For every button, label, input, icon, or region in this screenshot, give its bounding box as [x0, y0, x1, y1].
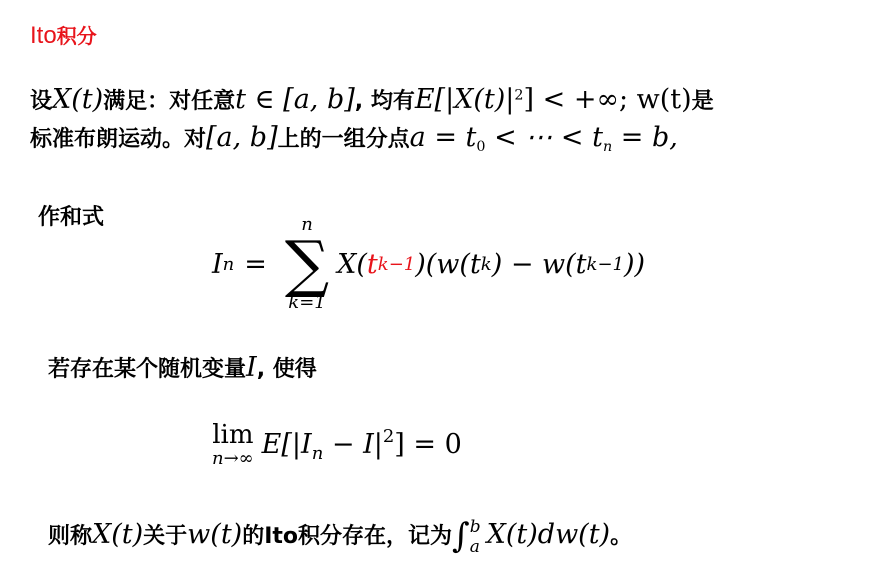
text: 则称 — [48, 524, 92, 549]
text: 关于 — [143, 524, 187, 549]
integral-limits: ba — [470, 517, 481, 557]
page-title: Ito积分 — [30, 20, 97, 50]
sum-lower: k=1 — [288, 294, 325, 312]
math-t-in-ab: t ∈ [a, b] — [235, 84, 355, 115]
math-w-of-t: w(t) — [187, 519, 242, 550]
math-x-of-t: X(t) — [52, 84, 103, 115]
text: 的Ito积分存在，记为 — [242, 524, 452, 549]
math-partition-mid: < ⋯ < t — [486, 122, 603, 153]
text: 设 — [30, 89, 52, 114]
math-sub: n — [603, 139, 612, 155]
math-part: X( — [337, 249, 367, 280]
limit-formula: lim n→∞ E[|In − I|2] = 0 — [212, 420, 462, 471]
math-expectation-rest: ] < +∞; w(t) — [524, 84, 692, 115]
text: , 均有 — [355, 89, 415, 114]
para1-line1: 设X(t)满足：对任意t ∈ [a, b], 均有E[|X(t)|2] < +∞… — [30, 84, 714, 115]
summation: n ∑ k=1 — [285, 216, 329, 312]
math-interval: [a, b] — [206, 122, 278, 153]
math-x-of-t: X(t) — [92, 519, 143, 550]
label-sum: 作和式 — [38, 200, 104, 231]
para3: 则称X(t)关于w(t)的Ito积分存在，记为∫baX(t)dw(t)。 — [48, 516, 632, 557]
text: 上的一组分点 — [278, 127, 410, 152]
math-sub: n — [312, 443, 324, 464]
math-sub: 0 — [476, 139, 485, 155]
text: 满足：对任意 — [103, 89, 235, 114]
math-integrand: X(t)dw(t) — [487, 519, 610, 550]
math-sub: n — [223, 254, 235, 275]
sum-formula: In = n ∑ k=1 X(tk−1)(w(tk) − w(tk−1)) — [212, 216, 645, 312]
text: 若存在某个随机变量 — [48, 357, 246, 382]
title-cjk: 积分 — [57, 26, 97, 48]
math-lhs: I — [212, 249, 223, 280]
math-equals: = — [244, 249, 267, 280]
integral-icon: ∫ — [452, 516, 470, 556]
int-lower: a — [470, 537, 481, 557]
math-sup: 2 — [514, 87, 523, 103]
math-highlight: t — [367, 249, 378, 280]
para2: 若存在某个随机变量I, 使得 — [48, 352, 317, 383]
text: 标准布朗运动。对 — [30, 127, 206, 152]
text: 。 — [610, 524, 632, 549]
math-part: ] = 0 — [394, 429, 462, 460]
para1-line2: 标准布朗运动。对[a, b]上的一组分点a = t0 < ⋯ < tn = b, — [30, 122, 678, 155]
math-partition-start: a = t — [410, 122, 477, 153]
lim-under: n→∞ — [212, 450, 254, 468]
math-partition-end: = b, — [612, 122, 678, 153]
math-I: I — [246, 352, 257, 383]
math-part: E[|I — [262, 429, 312, 460]
math-sup: 2 — [383, 426, 394, 447]
sigma-icon: ∑ — [285, 234, 329, 294]
int-upper: b — [470, 517, 481, 537]
limit-operator: lim n→∞ — [212, 420, 254, 468]
math-part: − I| — [323, 429, 383, 460]
math-part: )) — [624, 249, 645, 280]
math-part: ) − w(t — [492, 249, 587, 280]
math-expectation: E[|X(t)| — [415, 84, 515, 115]
math-sub: k — [481, 254, 492, 275]
text: 是 — [692, 89, 714, 114]
math-highlight-sub: k−1 — [378, 254, 415, 275]
math-part: )(w(t — [415, 249, 481, 280]
title-latin: Ito — [30, 22, 57, 49]
lim-text: lim — [212, 420, 253, 450]
text: , 使得 — [257, 357, 317, 382]
math-sub: k−1 — [587, 254, 624, 275]
